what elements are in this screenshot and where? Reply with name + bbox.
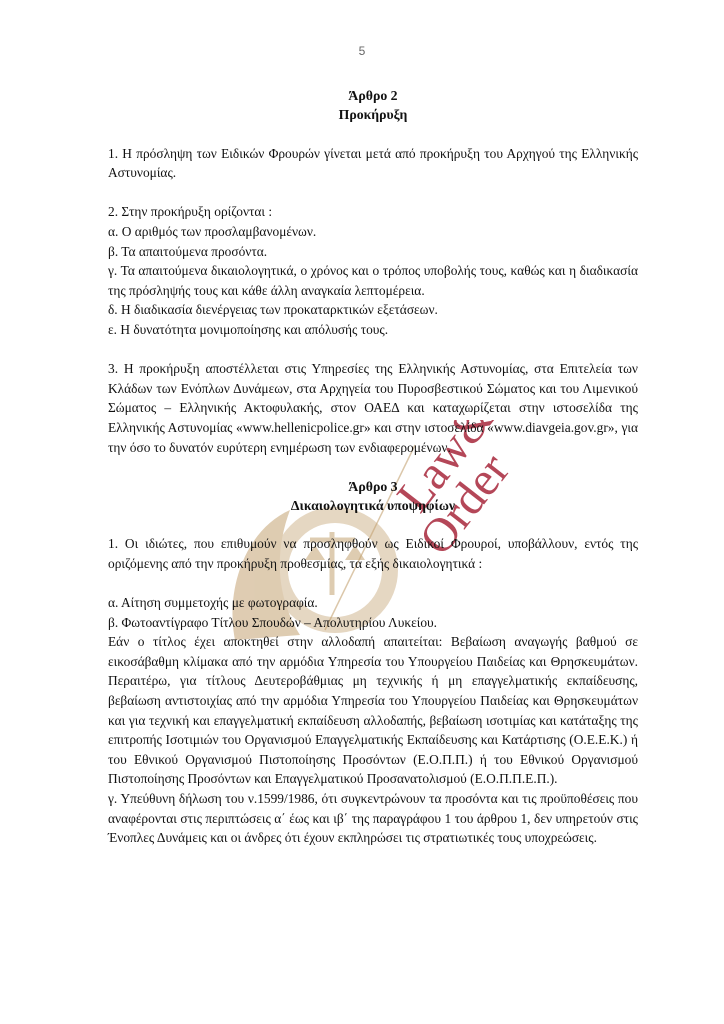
article-2-paragraph-1: 1. Η πρόσληψη των Ειδικών Φρουρών γίνετα…	[108, 144, 638, 183]
document-body: Άρθρο 2 Προκήρυξη 1. Η πρόσληψη των Ειδι…	[108, 86, 638, 848]
article-3-item-a: α. Αίτηση συμμετοχής με φωτογραφία.	[108, 593, 638, 613]
article-2-subtitle: Προκήρυξη	[108, 105, 638, 124]
article-3-item-c: γ. Υπεύθυνη δήλωση του ν.1599/1986, ότι …	[108, 789, 638, 848]
article-2-item-e: ε. Η δυνατότητα μονιμοποίησης και απόλυσ…	[108, 320, 638, 340]
page-number: 5	[0, 44, 724, 58]
article-2-paragraph-3: 3. Η προκήρυξη αποστέλλεται στις Υπηρεσί…	[108, 359, 638, 457]
article-3-title: Άρθρο 3	[108, 477, 638, 496]
article-2-item-a: α. Ο αριθμός των προσλαμβανομένων.	[108, 222, 638, 242]
article-3-item-b-detail: Εάν ο τίτλος έχει αποκτηθεί στην αλλοδαπ…	[108, 632, 638, 789]
article-2-title: Άρθρο 2	[108, 86, 638, 105]
article-2-item-c: γ. Τα απαιτούμενα δικαιολογητικά, ο χρόν…	[108, 261, 638, 300]
article-2-paragraph-2-intro: 2. Στην προκήρυξη ορίζονται :	[108, 202, 638, 222]
article-2-item-d: δ. Η διαδικασία διενέργειας των προκαταρ…	[108, 300, 638, 320]
article-3-item-b: β. Φωτοαντίγραφο Τίτλου Σπουδών – Απολυτ…	[108, 613, 638, 633]
article-3-paragraph-1: 1. Οι ιδιώτες, που επιθυμούν να προσληφθ…	[108, 534, 638, 573]
article-3-subtitle: Δικαιολογητικά υποψηφίων	[108, 496, 638, 515]
article-2-item-b: β. Τα απαιτούμενα προσόντα.	[108, 242, 638, 262]
